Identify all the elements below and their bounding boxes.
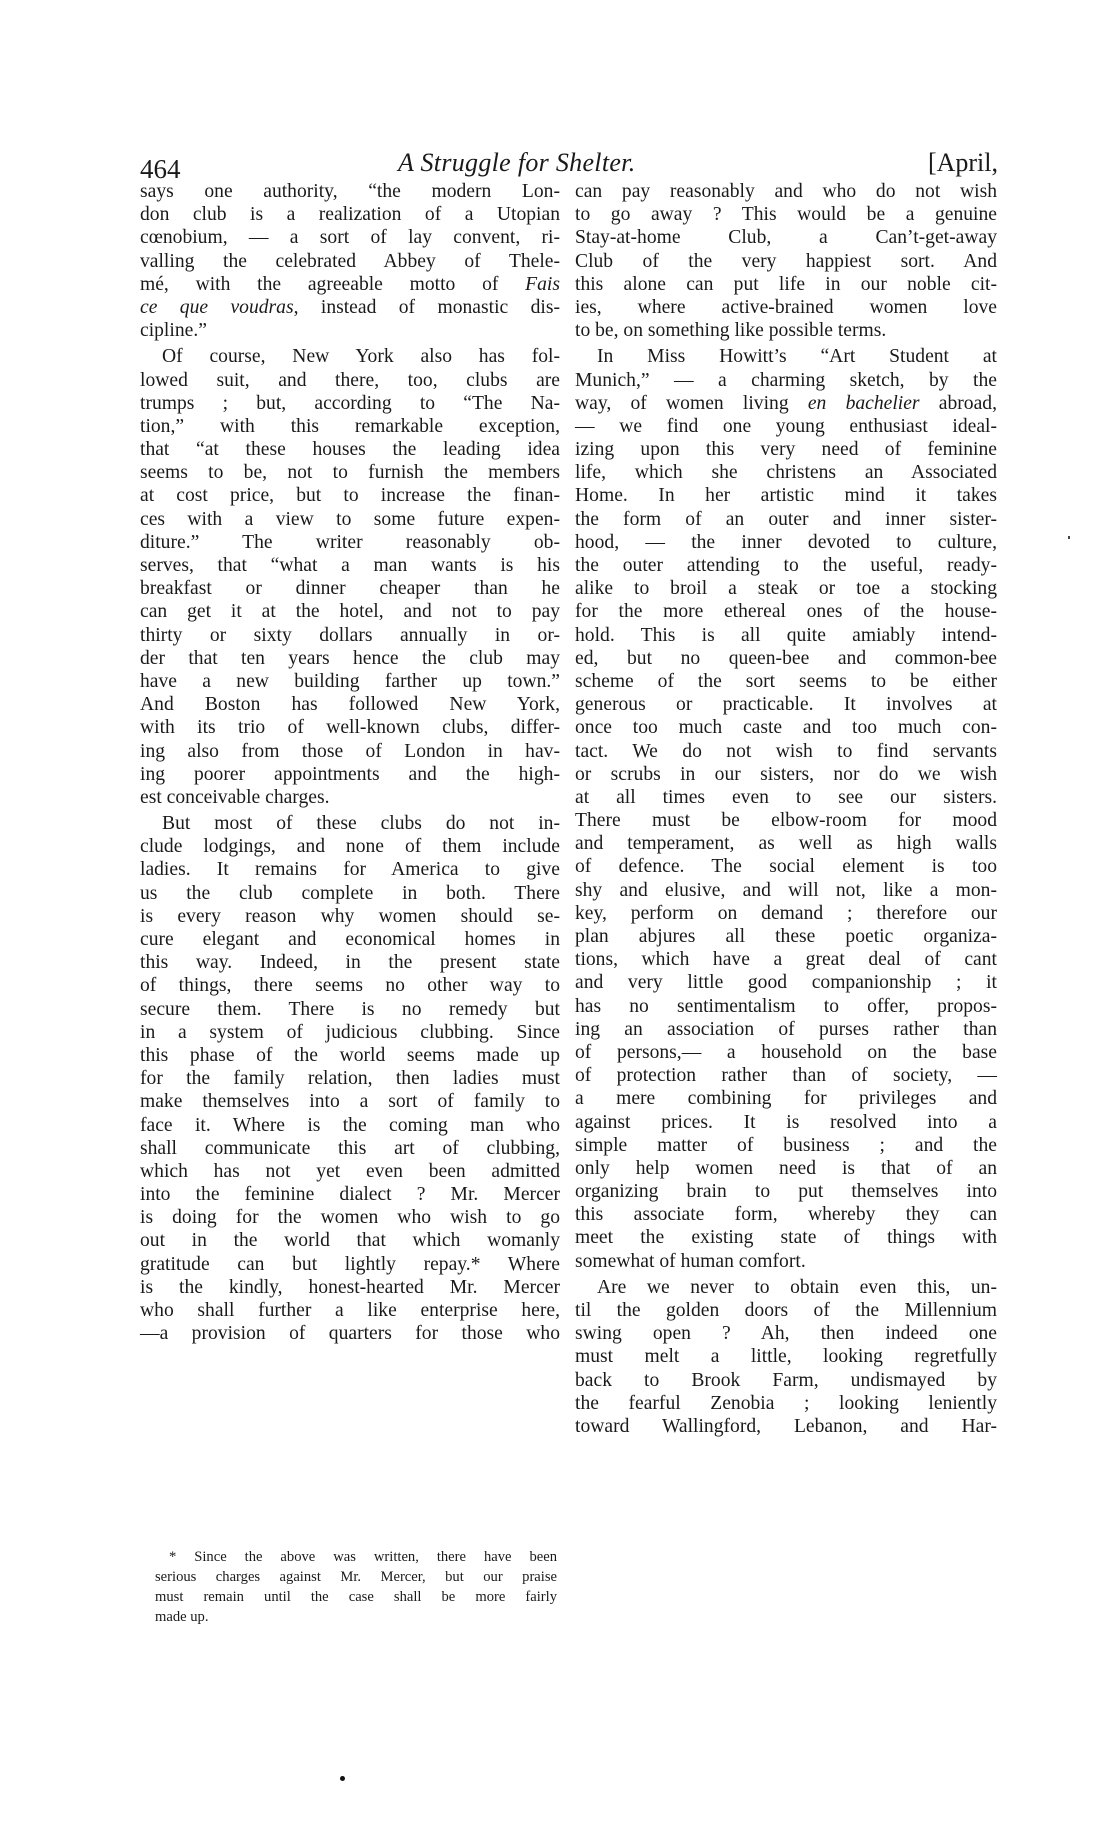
text-line: plan abjures all these poetic organiza- xyxy=(575,925,997,948)
text-line: mé, with the agreeable motto of Fais xyxy=(140,273,560,296)
text-line: der that ten years hence the club may xyxy=(140,647,560,670)
text-run: cipline.” xyxy=(140,320,207,341)
text-run: tions, which have a great deal of cant xyxy=(575,949,997,970)
text-run: secure them. There is no remedy but xyxy=(140,999,560,1020)
text-line: this alone can put life in our noble cit… xyxy=(575,273,997,296)
text-line: can get it at the hotel, and not to pay xyxy=(140,600,560,623)
text-run: valling the celebrated Abbey of Thele- xyxy=(140,251,560,272)
text-line: ing poorer appointments and the high- xyxy=(140,763,560,786)
text-run: that “at these houses the leading idea xyxy=(140,439,560,460)
text-line: who shall further a like enterprise here… xyxy=(140,1299,560,1322)
text-line: and very little good companionship ; it xyxy=(575,971,997,994)
text-run: against prices. It is resolved into a xyxy=(575,1112,997,1133)
text-run: for the more ethereal ones of the house- xyxy=(575,601,997,622)
text-line: —a provision of quarters for those who xyxy=(140,1322,560,1345)
text-run: organizing brain to put themselves into xyxy=(575,1181,997,1202)
text-line: make themselves into a sort of family to xyxy=(140,1090,560,1113)
text-run: There must be elbow-room for mood xyxy=(575,810,997,831)
text-line: only help women need is that of an xyxy=(575,1157,997,1180)
right-column: can pay reasonably and who do not wishto… xyxy=(575,180,997,1438)
text-line: Munich,” — a charming sketch, by the xyxy=(575,369,997,392)
text-run: ies, where active-brained women love xyxy=(575,297,997,318)
text-line: toward Wallingford, Lebanon, and Har- xyxy=(575,1415,997,1438)
text-run: in a system of judicious clubbing. Since xyxy=(140,1022,560,1043)
text-line: Of course, New York also has fol- xyxy=(140,345,560,368)
text-run: , instead of monastic dis- xyxy=(294,297,560,318)
text-run: But most of these clubs do not in- xyxy=(162,813,560,834)
text-run: —a provision of quarters for those who xyxy=(140,1323,560,1344)
text-run: is the kindly, honest-hearted Mr. Mercer xyxy=(140,1277,560,1298)
text-run: this alone can put life in our noble cit… xyxy=(575,274,997,295)
text-run: tion,” with this remarkable exception, xyxy=(140,416,560,437)
text-line: of defence. The social element is too xyxy=(575,855,997,878)
text-run: thirty or sixty dollars annually in or- xyxy=(140,625,560,646)
text-run: to be, on something like possible terms. xyxy=(575,320,886,341)
text-run: In Miss Howitt’s “Art Student at xyxy=(597,346,997,367)
text-line: once too much caste and too much con- xyxy=(575,716,997,739)
text-line: is the kindly, honest-hearted Mr. Mercer xyxy=(140,1276,560,1299)
text-run: this way. Indeed, in the present state xyxy=(140,952,560,973)
text-run: trumps ; but, according to “The Na- xyxy=(140,393,560,414)
text-line: this associate form, whereby they can xyxy=(575,1203,997,1226)
text-line: out in the world that which womanly xyxy=(140,1229,560,1252)
text-run: hold. This is all quite amiably intend- xyxy=(575,625,997,646)
text-run: key, perform on demand ; therefore our xyxy=(575,903,997,924)
text-line: meet the existing state of things with xyxy=(575,1226,997,1249)
footnote-line: * Since the above was written, there hav… xyxy=(155,1547,557,1567)
text-run: ed, but no queen-bee and common-bee xyxy=(575,648,997,669)
text-run: has no sentimentalism to offer, propos- xyxy=(575,996,997,1017)
text-line: tion,” with this remarkable exception, xyxy=(140,415,560,438)
text-run: serves, that “what a man wants is his xyxy=(140,555,560,576)
text-line: gratitude can but lightly repay.* Where xyxy=(140,1253,560,1276)
text-run: izing upon this very need of feminine xyxy=(575,439,997,460)
text-line: against prices. It is resolved into a xyxy=(575,1111,997,1134)
text-run: life, which she christens an Associated xyxy=(575,462,997,483)
text-line: the fearful Zenobia ; looking leniently xyxy=(575,1392,997,1415)
text-line: somewhat of human comfort. xyxy=(575,1250,997,1273)
text-run: lowed suit, and there, too, clubs are xyxy=(140,370,560,391)
text-run: tact. We do not wish to find servants xyxy=(575,741,997,762)
text-run: ces with a view to some future expen- xyxy=(140,509,560,530)
text-run: can get it at the hotel, and not to pay xyxy=(140,601,560,622)
text-line: simple matter of business ; and the xyxy=(575,1134,997,1157)
text-line: says one authority, “the modern Lon- xyxy=(140,180,560,203)
text-line: this way. Indeed, in the present state xyxy=(140,951,560,974)
text-run: must remain until the case shall be more… xyxy=(155,1589,557,1605)
text-line: In Miss Howitt’s “Art Student at xyxy=(575,345,997,368)
text-run: at all times even to see our sisters. xyxy=(575,787,997,808)
text-line: in a system of judicious clubbing. Since xyxy=(140,1021,560,1044)
text-run: who shall further a like enterprise here… xyxy=(140,1300,560,1321)
text-run: hood, — the inner devoted to culture, xyxy=(575,532,997,553)
text-run: abroad, xyxy=(920,393,997,414)
text-run: ladies. It remains for America to give xyxy=(140,859,560,880)
text-line: est conceivable charges. xyxy=(140,786,560,809)
text-run: must melt a little, looking regretfully xyxy=(575,1346,997,1367)
text-line: can pay reasonably and who do not wish xyxy=(575,180,997,203)
text-run: of protection rather than of society, — xyxy=(575,1065,997,1086)
text-line: must melt a little, looking regretfully xyxy=(575,1345,997,1368)
print-speck xyxy=(1068,536,1070,539)
running-title: A Struggle for Shelter. xyxy=(398,148,636,178)
text-line: this phase of the world seems made up xyxy=(140,1044,560,1067)
text-line: for the more ethereal ones of the house- xyxy=(575,600,997,623)
text-run: us the club complete in both. There xyxy=(140,883,560,904)
text-run: and very little good companionship ; it xyxy=(575,972,997,993)
text-run: for the family relation, then ladies mus… xyxy=(140,1068,560,1089)
text-line: Are we never to obtain even this, un- xyxy=(575,1276,997,1299)
text-line: us the club complete in both. There xyxy=(140,882,560,905)
text-run: — we find one young enthusiast ideal- xyxy=(575,416,997,437)
text-line: alike to broil a steak or toe a stocking xyxy=(575,577,997,600)
text-run: Munich,” — a charming sketch, by the xyxy=(575,370,997,391)
text-line: the outer attending to the useful, ready… xyxy=(575,554,997,577)
text-run: out in the world that which womanly xyxy=(140,1230,560,1251)
text-run: made up. xyxy=(155,1609,209,1625)
text-line: izing upon this very need of feminine xyxy=(575,438,997,461)
running-date: [April, xyxy=(928,148,998,178)
text-run: alike to broil a steak or toe a stocking xyxy=(575,578,997,599)
text-line: til the golden doors of the Millennium xyxy=(575,1299,997,1322)
text-run: seems to be, not to furnish the members xyxy=(140,462,560,483)
text-run: cœnobium, — a sort of lay convent, ri- xyxy=(140,227,560,248)
text-line: ce que voudras, instead of monastic dis- xyxy=(140,296,560,319)
text-line: ed, but no queen-bee and common-bee xyxy=(575,647,997,670)
text-run: the outer attending to the useful, ready… xyxy=(575,555,997,576)
text-run: ing also from those of London in hav- xyxy=(140,741,560,762)
text-run: don club is a realization of a Utopian xyxy=(140,204,560,225)
text-line: the form of an outer and inner sister- xyxy=(575,508,997,531)
text-run: the fearful Zenobia ; looking leniently xyxy=(575,1393,997,1414)
text-line: ces with a view to some future expen- xyxy=(140,508,560,531)
text-line: ies, where active-brained women love xyxy=(575,296,997,319)
text-line: of protection rather than of society, — xyxy=(575,1064,997,1087)
text-line: to be, on something like possible terms. xyxy=(575,319,997,342)
text-run: of persons,— a household on the base xyxy=(575,1042,997,1063)
text-line: key, perform on demand ; therefore our xyxy=(575,902,997,925)
text-line: to go away ? This would be a genuine xyxy=(575,203,997,226)
text-line: and temperament, as well as high walls xyxy=(575,832,997,855)
text-run: once too much caste and too much con- xyxy=(575,717,997,738)
text-run: is doing for the women who wish to go xyxy=(140,1207,560,1228)
text-line: of persons,— a household on the base xyxy=(575,1041,997,1064)
text-line: ing also from those of London in hav- xyxy=(140,740,560,763)
text-line: valling the celebrated Abbey of Thele- xyxy=(140,250,560,273)
text-line: organizing brain to put themselves into xyxy=(575,1180,997,1203)
text-run: or scrubs in our sisters, nor do we wish xyxy=(575,764,997,785)
text-line: Home. In her artistic mind it takes xyxy=(575,484,997,507)
italic-phrase: ce que voudras xyxy=(140,297,294,318)
text-run: shall communicate this art of clubbing, xyxy=(140,1138,560,1159)
footnote-line: must remain until the case shall be more… xyxy=(155,1587,557,1607)
footnote-line: serious charges against Mr. Mercer, but … xyxy=(155,1567,557,1587)
text-run: generous or practicable. It involves at xyxy=(575,694,997,715)
text-line: There must be elbow-room for mood xyxy=(575,809,997,832)
text-line: cœnobium, — a sort of lay convent, ri- xyxy=(140,226,560,249)
text-run: til the golden doors of the Millennium xyxy=(575,1300,997,1321)
text-line: back to Brook Farm, undismayed by xyxy=(575,1369,997,1392)
text-line: is doing for the women who wish to go xyxy=(140,1206,560,1229)
text-line: life, which she christens an Associated xyxy=(575,461,997,484)
text-run: Home. In her artistic mind it takes xyxy=(575,485,997,506)
text-line: is every reason why women should se- xyxy=(140,905,560,928)
text-line: shy and elusive, and will not, like a mo… xyxy=(575,879,997,902)
text-line: shall communicate this art of clubbing, xyxy=(140,1137,560,1160)
text-run: is every reason why women should se- xyxy=(140,906,560,927)
text-run: says one authority, “the modern Lon- xyxy=(140,181,560,202)
text-run: face it. Where is the coming man who xyxy=(140,1115,560,1136)
text-line: diture.” The writer reasonably ob- xyxy=(140,531,560,554)
text-run: make themselves into a sort of family to xyxy=(140,1091,560,1112)
text-line: Club of the very happiest sort. And xyxy=(575,250,997,273)
italic-phrase: Fais xyxy=(525,274,560,295)
text-run: gratitude can but lightly repay.* Where xyxy=(140,1254,560,1275)
text-line: don club is a realization of a Utopian xyxy=(140,203,560,226)
text-line: swing open ? Ah, then indeed one xyxy=(575,1322,997,1345)
text-line: tions, which have a great deal of cant xyxy=(575,948,997,971)
text-line: generous or practicable. It involves at xyxy=(575,693,997,716)
text-line: scheme of the sort seems to be either xyxy=(575,670,997,693)
text-line: hold. This is all quite amiably intend- xyxy=(575,624,997,647)
text-line: lowed suit, and there, too, clubs are xyxy=(140,369,560,392)
text-run: simple matter of business ; and the xyxy=(575,1135,997,1156)
footnote: * Since the above was written, there hav… xyxy=(155,1547,557,1627)
text-run: * Since the above was written, there hav… xyxy=(169,1549,557,1565)
text-line: ladies. It remains for America to give xyxy=(140,858,560,881)
text-line: at all times even to see our sisters. xyxy=(575,786,997,809)
text-line: And Boston has followed New York, xyxy=(140,693,560,716)
text-run: est conceivable charges. xyxy=(140,787,330,808)
text-run: of things, there seems no other way to xyxy=(140,975,560,996)
text-line: cure elegant and economical homes in xyxy=(140,928,560,951)
text-line: for the family relation, then ladies mus… xyxy=(140,1067,560,1090)
text-run: to go away ? This would be a genuine xyxy=(575,204,997,225)
text-run: have a new building farther up town.” xyxy=(140,671,560,692)
text-line: that “at these houses the leading idea xyxy=(140,438,560,461)
text-run: shy and elusive, and will not, like a mo… xyxy=(575,880,997,901)
text-run: cure elegant and economical homes in xyxy=(140,929,560,950)
text-line: with its trio of well-known clubs, diffe… xyxy=(140,716,560,739)
text-run: clude lodgings, and none of them include xyxy=(140,836,560,857)
text-run: toward Wallingford, Lebanon, and Har- xyxy=(575,1416,997,1437)
text-run: way, of women living xyxy=(575,393,808,414)
text-run: with its trio of well-known clubs, diffe… xyxy=(140,717,560,738)
text-run: diture.” The writer reasonably ob- xyxy=(140,532,560,553)
text-run: and temperament, as well as high walls xyxy=(575,833,997,854)
text-line: a mere combining for privileges and xyxy=(575,1087,997,1110)
text-run: ing an association of purses rather than xyxy=(575,1019,997,1040)
footnote-line: made up. xyxy=(155,1607,557,1627)
text-line: have a new building farther up town.” xyxy=(140,670,560,693)
text-line: way, of women living en bachelier abroad… xyxy=(575,392,997,415)
text-run: ing poorer appointments and the high- xyxy=(140,764,560,785)
text-line: Stay-at-home Club, a Can’t-get-away xyxy=(575,226,997,249)
text-run: a mere combining for privileges and xyxy=(575,1088,997,1109)
text-line: of things, there seems no other way to xyxy=(140,974,560,997)
text-line: ing an association of purses rather than xyxy=(575,1018,997,1041)
text-line: or scrubs in our sisters, nor do we wish xyxy=(575,763,997,786)
text-line: hood, — the inner devoted to culture, xyxy=(575,531,997,554)
text-run: plan abjures all these poetic organiza- xyxy=(575,926,997,947)
print-speck xyxy=(340,1776,345,1781)
text-line: face it. Where is the coming man who xyxy=(140,1114,560,1137)
text-line: trumps ; but, according to “The Na- xyxy=(140,392,560,415)
text-run: swing open ? Ah, then indeed one xyxy=(575,1323,997,1344)
text-line: serves, that “what a man wants is his xyxy=(140,554,560,577)
text-line: seems to be, not to furnish the members xyxy=(140,461,560,484)
text-run: breakfast or dinner cheaper than he xyxy=(140,578,560,599)
text-line: tact. We do not wish to find servants xyxy=(575,740,997,763)
text-run: Are we never to obtain even this, un- xyxy=(597,1277,997,1298)
text-run: only help women need is that of an xyxy=(575,1158,997,1179)
text-line: clude lodgings, and none of them include xyxy=(140,835,560,858)
text-line: cipline.” xyxy=(140,319,560,342)
text-run: can pay reasonably and who do not wish xyxy=(575,181,997,202)
text-run: And Boston has followed New York, xyxy=(140,694,560,715)
text-line: which has not yet even been admitted xyxy=(140,1160,560,1183)
text-run: mé, with the agreeable motto of xyxy=(140,274,525,295)
text-line: at cost price, but to increase the finan… xyxy=(140,484,560,507)
text-line: breakfast or dinner cheaper than he xyxy=(140,577,560,600)
text-run: which has not yet even been admitted xyxy=(140,1161,560,1182)
text-run: scheme of the sort seems to be either xyxy=(575,671,997,692)
text-run: somewhat of human comfort. xyxy=(575,1251,806,1272)
text-run: back to Brook Farm, undismayed by xyxy=(575,1370,997,1391)
text-line: thirty or sixty dollars annually in or- xyxy=(140,624,560,647)
text-run: into the feminine dialect ? Mr. Mercer xyxy=(140,1184,560,1205)
text-run: Club of the very happiest sort. And xyxy=(575,251,997,272)
text-run: der that ten years hence the club may xyxy=(140,648,560,669)
text-run: Of course, New York also has fol- xyxy=(162,346,560,367)
text-run: serious charges against Mr. Mercer, but … xyxy=(155,1569,557,1585)
text-run: at cost price, but to increase the finan… xyxy=(140,485,560,506)
text-line: has no sentimentalism to offer, propos- xyxy=(575,995,997,1018)
italic-phrase: en bachelier xyxy=(808,393,920,414)
text-line: secure them. There is no remedy but xyxy=(140,998,560,1021)
text-run: meet the existing state of things with xyxy=(575,1227,997,1248)
text-run: this associate form, whereby they can xyxy=(575,1204,997,1225)
text-line: into the feminine dialect ? Mr. Mercer xyxy=(140,1183,560,1206)
text-line: But most of these clubs do not in- xyxy=(140,812,560,835)
text-run: Stay-at-home Club, a Can’t-get-away xyxy=(575,227,997,248)
left-column: says one authority, “the modern Lon-don … xyxy=(140,180,560,1345)
text-line: — we find one young enthusiast ideal- xyxy=(575,415,997,438)
text-run: the form of an outer and inner sister- xyxy=(575,509,997,530)
text-run: of defence. The social element is too xyxy=(575,856,997,877)
text-run: this phase of the world seems made up xyxy=(140,1045,560,1066)
